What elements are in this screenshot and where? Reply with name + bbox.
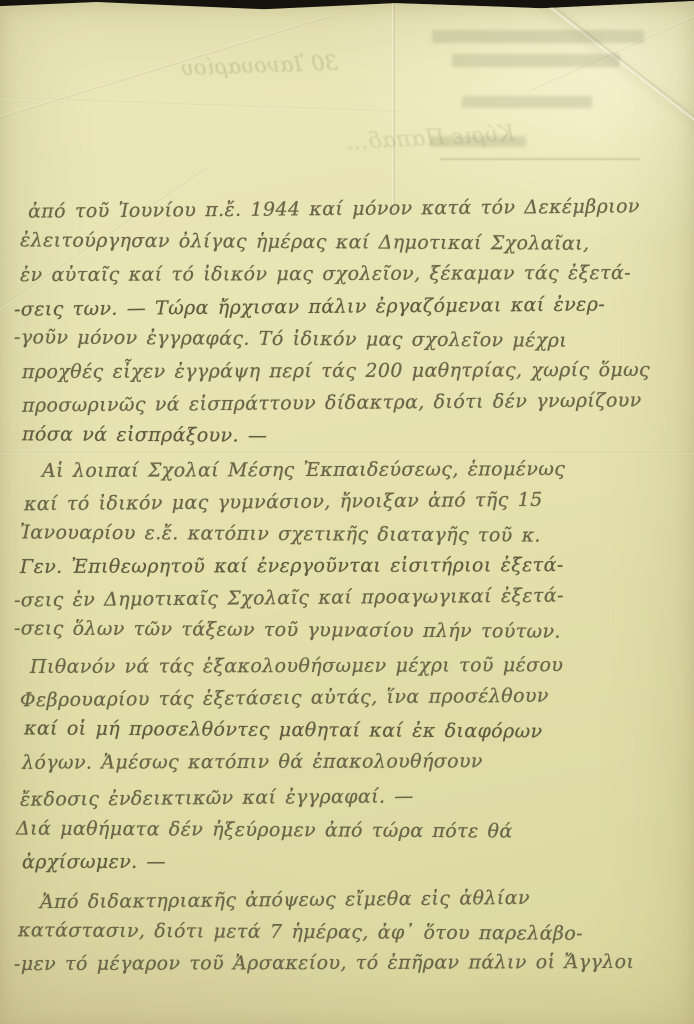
scanned-letter-photo: 30 Ἰανουαρίου Κύριε Παπαδ… ἀπό τοῦ Ἰουνί… <box>0 0 694 1024</box>
letter-line: -γοῦν μόνον ἐγγραφάς. Τό ἰδικόν μας σχολ… <box>14 326 567 351</box>
letter-line: -σεις ἐν Δημοτικαῖς Σχολαῖς καί προαγωγι… <box>14 585 564 612</box>
letter-line: ἀρχίσωμεν. — <box>22 851 166 874</box>
letter-line: ἀπό τοῦ Ἰουνίου π.ἔ. 1944 καί μόνον κατά… <box>28 195 640 222</box>
fold-crease-top-right-2 <box>530 0 694 91</box>
fold-crease-middle <box>0 452 694 454</box>
letter-line: Ἀπό διδακτηριακῆς ἀπόψεως εἴμεθα εἰς ἀθλ… <box>40 887 530 913</box>
letter-line: καί οἱ μή προσελθόντες μαθηταί καί ἐκ δι… <box>24 717 543 742</box>
letter-line: Ἰανουαρίου ε.ἔ. κατόπιν σχετικῆς διαταγῆ… <box>20 521 541 546</box>
bleed-through-letterhead-label <box>430 136 526 147</box>
fold-crease-top-left <box>0 14 332 127</box>
letter-line: Διά μαθήματα δέν ἠξεύρομεν ἀπό τώρα πότε… <box>16 817 513 842</box>
bleed-through-letterhead-rule <box>440 158 640 160</box>
fold-crease-top-right <box>504 0 694 175</box>
letter-line: Πιθανόν νά τάς ἐξακολουθήσωμεν μέχρι τοῦ… <box>30 654 563 678</box>
letter-paper: 30 Ἰανουαρίου Κύριε Παπαδ… ἀπό τοῦ Ἰουνί… <box>0 0 694 1024</box>
letter-line: ἐλειτούργησαν ὀλίγας ἡμέρας καί Δημοτικα… <box>20 229 590 254</box>
letter-line: ἔκδοσις ἐνδεικτικῶν καί ἐγγραφαί. — <box>20 785 414 810</box>
letter-line: Αἱ λοιπαί Σχολαί Μέσης Ἐκπαιδεύσεως, ἑπο… <box>42 458 565 482</box>
letter-line: καί τό ἰδικόν μας γυμνάσιον, ἤνοιξαν ἀπό… <box>24 489 543 516</box>
bleed-through-date: 30 Ἰανουαρίου <box>38 51 339 85</box>
bleed-through-letterhead-line <box>462 96 592 108</box>
bleed-through-letterhead-line <box>452 54 620 67</box>
letter-line: προχθές εἶχεν ἐγγράψη περί τάς 200 μαθητ… <box>22 359 650 383</box>
letter-line: προσωρινῶς νά εἰσπράττουν δίδακτρα, διότ… <box>22 389 642 416</box>
letter-line: κατάστασιν, διότι μετά 7 ἡμέρας, ἀφ᾽ ὅτο… <box>18 919 583 944</box>
letter-line: λόγων. Ἀμέσως κατόπιν θά ἐπακολουθήσουν <box>22 750 483 774</box>
letter-line: πόσα νά εἰσπράξουν. — <box>22 423 267 446</box>
letter-line: -σεις των. — Τώρα ἤρχισαν πάλιν ἐργαζόμε… <box>14 293 605 320</box>
fold-crease-vertical <box>392 0 395 215</box>
letter-line: ἐν αὐταῖς καί τό ἰδικόν μας σχολεῖον, ξέ… <box>20 262 631 286</box>
letter-line: -σεις ὅλων τῶν τάξεων τοῦ γυμνασίου πλήν… <box>14 617 561 642</box>
bleed-through-letterhead-line <box>432 30 644 43</box>
letter-line: -μεν τό μέγαρον τοῦ Ἀρσακείου, τό ἐπῆραν… <box>14 951 634 975</box>
fold-crease-upper <box>0 97 400 113</box>
letter-line: Γεν. Ἐπιθεωρητοῦ καί ἐνεργοῦνται εἰσιτήρ… <box>20 554 564 578</box>
letter-line: Φεβρουαρίου τάς ἐξετάσεις αὐτάς, ἵνα προ… <box>20 685 549 712</box>
